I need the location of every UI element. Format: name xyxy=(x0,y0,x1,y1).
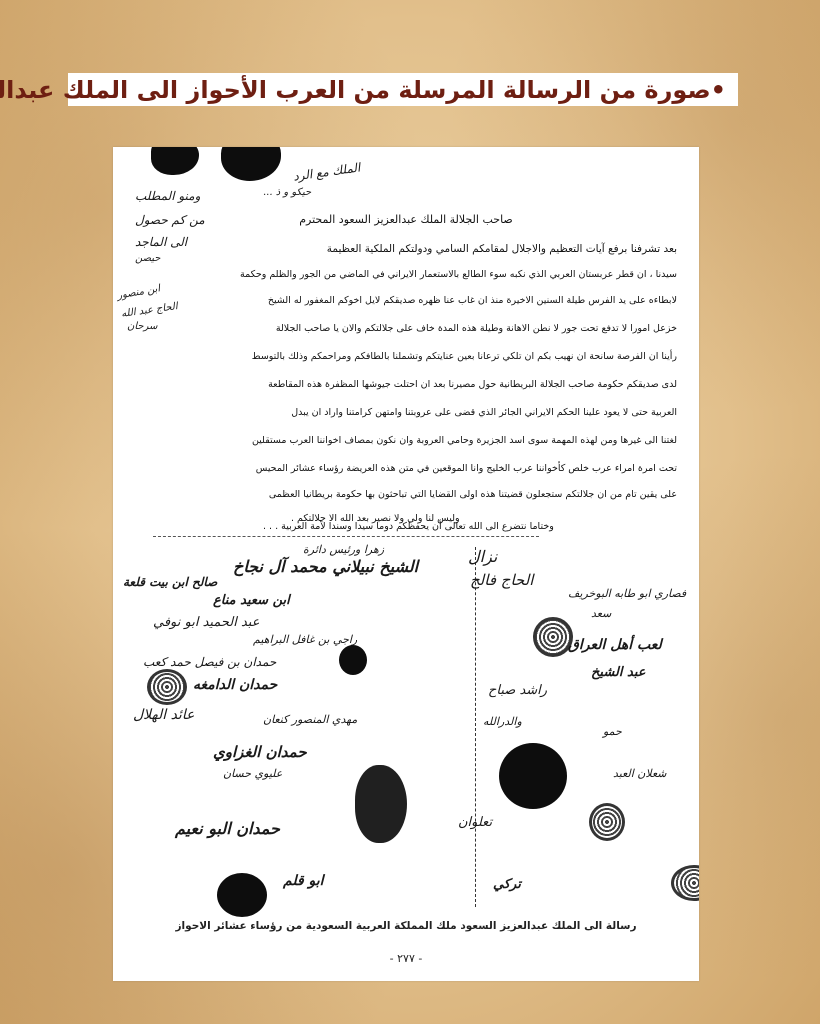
signature: عائد الهلال xyxy=(133,707,194,723)
closing-line: وختاما نتضرع الى الله تعالى أن يحفظكم دو… xyxy=(263,521,554,532)
signature: عليوي حسان xyxy=(223,767,282,780)
signature: تركي xyxy=(493,877,521,892)
margin-note: الى الماجد xyxy=(135,235,187,249)
separator-rule xyxy=(153,536,539,537)
fingerprint xyxy=(355,765,407,843)
body-line: خزعل امورا لا تدفع تحت جور لا نطن الاهان… xyxy=(276,323,677,334)
page-title: •صورة من الرسالة المرسلة من العرب الأحوا… xyxy=(0,76,726,104)
body-line: تحت امرة امراء عرب خلص كأخواننا عرب الخل… xyxy=(256,463,677,474)
body-line: لدى صديقكم حكومة صاحب الجلالة البريطانية… xyxy=(268,379,677,390)
page-number: - ٢٧٧ - xyxy=(113,952,699,965)
signature: سعد xyxy=(591,607,611,620)
signature: صالح ابن بيت قلعة xyxy=(123,575,217,589)
seal-stamp xyxy=(533,617,573,657)
body-line: لابطاءه على يد الفرس طيلة السنين الاخيرة… xyxy=(268,295,677,306)
signature: عبد الشيخ xyxy=(591,665,646,680)
signature: راشد صباح xyxy=(488,683,547,698)
seal-stamp xyxy=(147,669,187,705)
signature: مهدي المنصور كنعان xyxy=(263,713,357,726)
margin-note: الحاج عبد الله xyxy=(121,301,179,320)
title-banner: •صورة من الرسالة المرسلة من العرب الأحوا… xyxy=(68,73,738,106)
ink-blot-1 xyxy=(151,147,199,175)
body-line: سيدنا ، ان قطر عربستان العربي الذي نكبه … xyxy=(240,269,677,280)
signature: ابن سعيد مناع xyxy=(213,593,290,608)
document-scan: الملك مع الرد حيكو و ذ ... ومنو المطلب م… xyxy=(113,147,699,981)
body-line: بعد تشرفنا برفع آيات التعظيم والاجلال لم… xyxy=(327,243,677,255)
signature: حمو xyxy=(603,725,622,738)
margin-note: ومنو المطلب xyxy=(135,189,200,203)
signature: لعب أهل العراق xyxy=(568,637,662,653)
seal-stamp xyxy=(671,865,699,901)
signature: حمدان الدامغه xyxy=(193,677,277,693)
body-line: لغتنا الى غيرها ومن لهذه المهمة سوى اسد … xyxy=(252,435,677,446)
signature: عبد الحميد ابو نوفي xyxy=(153,615,259,630)
body-line: رأينا ان الفرصة سانحة ان نهيب بكم ان تلك… xyxy=(252,351,677,362)
margin-note: ابن منصور xyxy=(116,283,161,301)
salutation: صاحب الجلالة الملك عبدالعزيز السعود المح… xyxy=(113,213,699,226)
fingerprint xyxy=(217,873,267,917)
column-divider xyxy=(475,547,477,907)
signature: حمدان بن فيصل حمد كعب xyxy=(143,655,276,669)
seal-stamp xyxy=(589,803,625,841)
margin-note: حيصن xyxy=(135,253,160,264)
top-handwritten-note: الملك مع الرد xyxy=(292,160,361,183)
margin-note: سرحان xyxy=(127,321,157,332)
top-handwritten-note-2: حيكو و ذ ... xyxy=(263,187,311,198)
signature: والدرالله xyxy=(483,715,522,728)
body-line: العربية حتى لا يعود علينا الحكم الايراني… xyxy=(291,407,677,418)
body-line: على يقين تام من ان جلالتكم ستجعلون قضيتن… xyxy=(269,489,677,500)
signature: شعلان العبد xyxy=(613,767,666,780)
signature: الحاج فالح xyxy=(470,571,533,589)
seal-stamp-solid xyxy=(339,645,367,675)
ink-blot-2 xyxy=(221,147,281,181)
signature: زهرا ورئيس دائرة xyxy=(303,543,384,556)
signature: فصاري ابو طابه البوخريف xyxy=(568,587,686,600)
signature: نزال xyxy=(468,547,497,566)
signature: الشيخ نبيلاني محمد آل نجاخ xyxy=(233,557,418,576)
fingerprint xyxy=(499,743,567,809)
document-caption: رسالة الى الملك عبدالعزيز السعود ملك الم… xyxy=(113,920,699,932)
signature: راجي بن غافل البراهيم xyxy=(253,633,357,646)
signature: حمدان البو نعيم xyxy=(175,819,280,838)
signature: حمدان الغزاوي xyxy=(213,743,307,761)
signature: ابو قلم xyxy=(283,873,324,889)
signature: تعلوان xyxy=(458,815,492,830)
